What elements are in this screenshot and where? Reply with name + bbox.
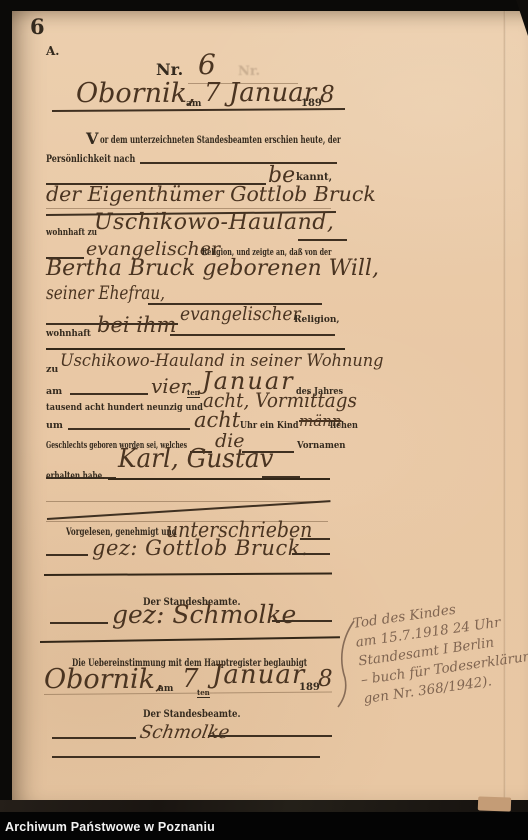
rule xyxy=(208,735,332,737)
rule xyxy=(68,428,190,430)
mother-relation: seiner Ehefrau, xyxy=(46,282,165,304)
intro-initial: V xyxy=(86,129,98,148)
birthplace-prefix: zu xyxy=(46,364,58,375)
residence2-label: wohnhaft xyxy=(46,328,91,339)
rule xyxy=(52,737,136,739)
religion2-handwritten: evangelischer xyxy=(180,303,301,325)
birthdate-day: vier xyxy=(151,374,190,398)
gender-printed: lichen xyxy=(330,420,358,431)
dateline-day-month: 7 Januar xyxy=(204,78,316,108)
certification-year-written: 8 xyxy=(318,666,333,692)
rule xyxy=(292,553,330,555)
rule xyxy=(70,393,148,395)
certification-place: Obornik, xyxy=(44,664,164,695)
dateline-place: Obornik, xyxy=(76,78,196,109)
record-number-value: 6 xyxy=(198,48,216,81)
received-printed: erhalten habe. xyxy=(46,471,105,482)
firstnames-label: Vornamen xyxy=(297,440,346,451)
rule xyxy=(298,239,347,241)
rule xyxy=(46,501,326,502)
birthdate-am-label: am xyxy=(46,386,62,397)
rule xyxy=(50,622,108,624)
intro-line: or dem unterzeichneten Standesbeamten er… xyxy=(100,135,341,146)
scanned-document: 6 A. Nr. 6 Nr. Obornik, am 7 Januar 189 … xyxy=(0,0,528,840)
page-number: 6 xyxy=(30,14,45,39)
rule xyxy=(46,554,88,556)
firstnames-value: Karl, Gustav xyxy=(118,444,274,474)
residence-label: wohnhaft zu xyxy=(46,227,97,238)
residence2-value: bei ihm xyxy=(97,313,176,337)
residence-value: Uschikowo-Hauland, xyxy=(94,210,334,235)
rule xyxy=(140,162,337,164)
religion2-printed: Religion, xyxy=(294,314,340,325)
record-number-label: Nr. xyxy=(156,60,183,79)
time-um-label: um xyxy=(46,420,63,431)
archive-label: Archiwum Państwowe w Poznaniu xyxy=(5,820,215,834)
rule xyxy=(272,620,332,622)
section-letter: A. xyxy=(46,44,60,58)
registrar-signature: gez: Schmolke xyxy=(112,600,296,629)
registrar-title-2: Der Standesbeamte. xyxy=(143,708,241,720)
rule xyxy=(52,756,320,758)
certification-month: Januar xyxy=(212,660,305,690)
final-signature: Schmolke xyxy=(138,722,231,743)
rule xyxy=(46,208,331,209)
rule xyxy=(170,334,335,336)
archive-bar: Archiwum Państwowe w Poznaniu xyxy=(0,812,528,840)
year-words-printed: tausend acht hundert neunzig und xyxy=(46,402,203,413)
declarant-name: der Eigenthümer Gottlob Bruck xyxy=(46,182,376,206)
dateline-am-label: am xyxy=(186,99,201,109)
birthdate-ordinal: ten xyxy=(187,388,200,398)
record-number-bleedthrough: Nr. xyxy=(238,64,260,79)
paper-fragment xyxy=(478,796,511,811)
rule xyxy=(46,348,345,350)
declarant-signature: gez: Gottlob Bruck. xyxy=(92,536,308,560)
time-printed: Uhr ein Kind xyxy=(240,420,298,431)
dateline-year-written: 8 xyxy=(320,82,335,108)
identity-label: Persönlichkeit nach xyxy=(46,154,135,165)
rule xyxy=(108,478,330,480)
time-value: acht xyxy=(194,408,240,432)
mother-name: Bertha Bruck geborenen Will, xyxy=(46,256,379,281)
